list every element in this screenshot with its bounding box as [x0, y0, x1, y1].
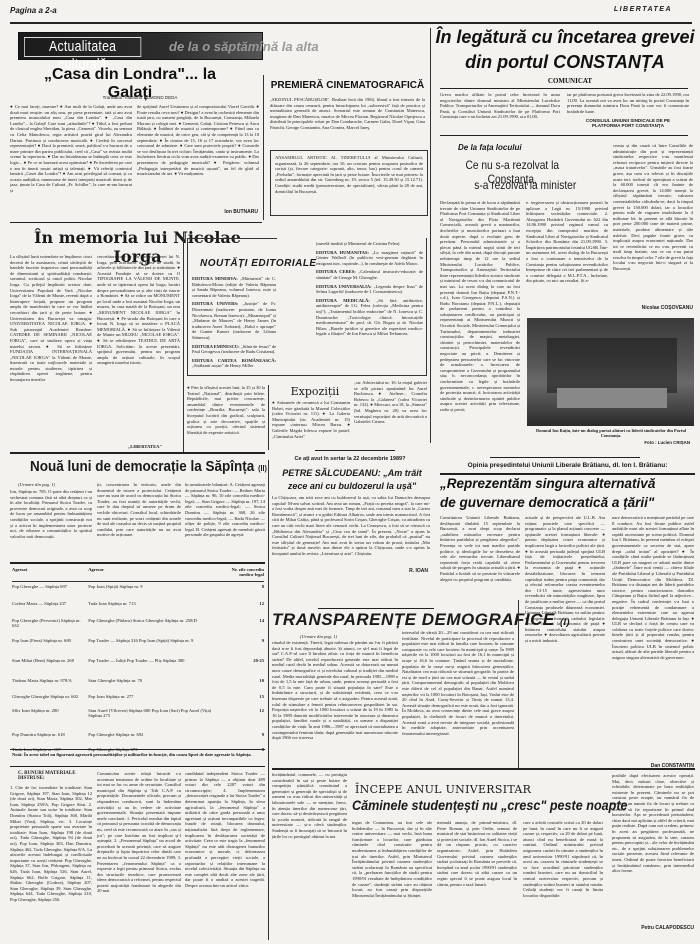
section-rule [315, 450, 395, 451]
book-entry: „Străbunii noștri" de Henry Miller [192, 363, 253, 368]
publisher-universalia: EDITURA UNIVERSALIA: [316, 284, 372, 289]
report-col2: e. tergiversarea și obstrucționarea pune… [526, 200, 608, 300]
aggressor-cell: Pop Toader — Săpînța 316 Pop Ioan (Spiță… [88, 638, 225, 654]
casa-londra-subtitle: Translator: maestrul EDMOND DEDA [80, 95, 200, 100]
table-rule-bottom [10, 749, 265, 750]
comunicat-label: COMUNICAT [520, 77, 620, 85]
teatru-note: ● Prin la sfîrșitul acestei luni, la 25 … [187, 385, 265, 450]
constanta-headline-line2: din portul CONSTANȚA [435, 52, 695, 73]
casa-londra-byline: Ion BUTNARU [200, 209, 258, 215]
bratianu-kicker: Opinia președintelui Uniunii Liberale Br… [440, 462, 695, 469]
expozitii-col1: ● Saloanele de ceramică a lui Constantin… [272, 400, 350, 444]
table-row: Stan Mihai (Beni) Săpînța nr. 260Pop Toa… [12, 656, 264, 676]
noutati-list-col2: (nuvelă inedită și Ministerul de Cristin… [316, 241, 423, 373]
comunicat-col2: iar pe platforma portuară greva înceteaz… [567, 92, 689, 117]
sapinta-col2: ții, concentrarea în teritoriu, unele di… [97, 482, 181, 559]
transparente-continuation: (Urmare din pag. 1) [300, 634, 337, 639]
report-title-line2: s-a rezolvat la minister [470, 178, 581, 192]
header-aggressor: Agresor [88, 567, 225, 578]
comunicat-rule [440, 88, 688, 89]
sapinta-bottom-col3: candidatul independent Stoica Toader — p… [185, 771, 265, 926]
aggression-table: Agresat Agresor Nr. zile concediu medico… [12, 565, 264, 759]
publisher-eminescu: EDITURA EMINESCU: [192, 344, 240, 349]
report-byline: Nicolae COȘOVEANU [613, 305, 693, 311]
comunicat-signature: CONSILIUL UNIUNII SINDICALE DE PE PLATFO… [567, 118, 689, 128]
victim-cell: Tărâmu Maria Săpînța nr. 978/A [12, 678, 88, 690]
transparente-part: (I) [560, 617, 570, 627]
section-rule [440, 473, 695, 475]
sapinta-part: (II) [258, 464, 267, 473]
book-entry: „Justiție" de Fr. Dürrenmatt (traducere:… [192, 301, 276, 340]
aggressor-cell: Pop Gheorghe Săpînța nr. 692 [88, 732, 225, 743]
report-col1: Declanșată în prima zi de lucru a săptăm… [440, 200, 520, 440]
table-row: Pop Gheorghe — Săpînța 697Pop Ioan (Spiț… [12, 582, 264, 599]
sapinta-title-text: Nouă luni de democrație la Săpînța [30, 458, 254, 475]
victim-cell: Gheorghe Gheorghe Săpînța nr. 602 [12, 694, 88, 704]
section-rule [10, 766, 265, 767]
transparente-title-text: TRANSPARENȚE DEMOGRAFICE [272, 610, 555, 629]
photo-caption: Domnul Ion Rațiu, într-un dialog purtat … [530, 428, 692, 438]
noutati-list-col1: EDITURA MINERVA: „Mărturisiri" de C. Răd… [192, 276, 276, 372]
header-victim: Agresat [12, 567, 88, 578]
salcudeanu-title-line1: PETRE SĂLCUDEANU: „Am trăit [272, 468, 432, 478]
table-row: Pop Ioan (Fiera) Săpînța nr. 680Pop Toad… [12, 636, 264, 656]
table-row: Gheorghe Gheorghe Săpînța nr. 602Pop Ioa… [12, 692, 264, 706]
publisher-humanitas: EDITURA HUMANITAS: [316, 250, 369, 255]
victim-cell: Pop Dumitru Săpînța nr. 618 [12, 732, 88, 743]
victim-cell: Pop Ioan (Fiera) Săpînța nr. 680 [12, 638, 88, 654]
sapinta-bottom-col2: Comunicăm aceste relații întrucât s-a ac… [97, 771, 181, 936]
premiera-title: PREMIERĂ CINEMATOGRAFICĂ [270, 80, 425, 91]
bratianu-title-line1: „Reprezentăm singura alternativă [438, 476, 696, 491]
column-divider [183, 232, 184, 452]
publisher-univers: EDITURA UNIVERS: [192, 301, 238, 306]
salcudeanu-byline: R. IOAN [370, 568, 428, 574]
publisher-cartea-romaneasca: EDITURA CARTEA ROMÂNEASCĂ: [192, 358, 276, 363]
table-row: Pop Gheorghe (Pervenici) Săpînța nr. 632… [12, 616, 264, 636]
bratianu-col3: nare democratică a menținute partidul pe… [612, 515, 694, 760]
victim-cell: Pop Gheorghe — Săpînța 697 [12, 584, 88, 597]
camine-col2: mentală anunța, de primul-ministru, dl. … [437, 820, 517, 938]
section-rule [318, 608, 434, 609]
comunicat-sign-line2: PLATFORMA PORT CONSTANȚA [567, 123, 689, 128]
camine-col1: ingus de Comunism, au fost cele ale boli… [352, 820, 432, 938]
page-number-label: Pagina a 2-a [10, 6, 57, 15]
column-divider [263, 75, 264, 220]
days-cell: 9 [225, 732, 264, 743]
strike-meeting-photo [527, 318, 694, 426]
ansamblu-text: ANSAMBLUL ARTISTIC AL TINERETULUI al Min… [275, 155, 423, 213]
constanta-headline-line1: În legătură cu încetarea grevei [435, 27, 695, 48]
culture-banner-title: Actualitatea culturală [24, 37, 141, 57]
table-row: Sfîrr Ioan Săpînța nr. 280Stan Aurel (Vî… [12, 706, 264, 730]
salcudeanu-kicker: Ce ați avut în sertar la 22 decembrie 19… [270, 456, 430, 462]
aggressor-cell: Pop Toader — Iuliță Pop Toader — Pliș Să… [88, 658, 225, 674]
report-kicker: De la fața locului [458, 143, 522, 152]
days-cell: 12 [225, 708, 264, 728]
newspaper-name: LIBERTATEA [614, 6, 672, 13]
days-cell: 9 [225, 638, 264, 654]
camine-kicker: ÎNCEPE ANUL UNIVERSITAR [355, 783, 531, 796]
victim-cell: Pop Gheorghe (Pervenici) Săpînța nr. 632 [12, 618, 88, 634]
days-cell: 8 [225, 584, 264, 597]
table-row: Pop Dumitru Săpînța nr. 618Pop Gheorghe … [12, 730, 264, 745]
camine-col3: care a achită costurile scrisă cu 20 de … [523, 820, 603, 938]
culture-banner-subtitle: de la o săptămînă la alta [169, 39, 319, 54]
expozitii-title: Expoziții [280, 385, 350, 398]
salcudeanu-title-line2: zece ani cu buldozerul la ușă" [272, 481, 432, 491]
header-days: Nr. zile concediu medico-legal [225, 567, 264, 578]
photo-credit: Foto : Lucien CRIȘAN [600, 440, 690, 445]
comunicat-col1: Greva marilor afiliate la portul celor î… [440, 92, 560, 132]
salcudeanu-text: La Cîrțișoara, am trăit zece ani cu buld… [272, 495, 430, 565]
column-divider [268, 460, 269, 940]
days-cell: 10 [225, 678, 264, 690]
section-rule [10, 222, 262, 223]
book-entry: „Să fără antibiotice, antibioterapie" de… [316, 298, 423, 337]
publisher-medicala: EDITURA MEDICALĂ: [316, 298, 370, 303]
column-divider [430, 28, 431, 443]
publisher-minerva: EDITURA MINERVA: [192, 276, 238, 281]
aggressor-cell: Tuda Ioan Săpînța nr. 713 [88, 601, 225, 614]
transparente-col2: intervalul de vârstă 20—29 ani considera… [402, 630, 514, 763]
iorga-col2: cercetători care se vor dedica operei lu… [97, 254, 180, 442]
culture-banner: Actualitatea culturală de la o săptămînă… [18, 32, 263, 60]
masthead-rule [10, 22, 692, 24]
bratianu-title-line2: de guvernare democratică a țării" [438, 495, 696, 510]
aggressor-cell: Pop Ioan (Spiță) Săpînța nr. 9 [88, 584, 225, 597]
aggressor-cell: Stan Aurel (Vîlcerea) Săpînța 680 Pop Io… [88, 708, 225, 728]
section-rule [490, 457, 640, 458]
sapinta-col3: în următoarele bilanțuri: A. Cetățeni ag… [185, 482, 265, 559]
expozitii-col2: „str. Arhitectului nr. 16: la etajul gal… [354, 380, 427, 444]
camine-title: Căminele studențești nu „cresc" peste no… [352, 797, 613, 813]
casa-londra-col2: de sprijinul Aurel Ursineanu și al compo… [137, 104, 259, 207]
table-header-row: Agresat Agresor Nr. zile concediu medico… [12, 565, 264, 582]
section-rule [272, 768, 695, 770]
aggressor-cell: Stan Gheorghe Săpînța nr. 70 [88, 678, 225, 690]
victim-cell: Codrea Maria — Săpînța 237 [12, 601, 88, 614]
sapinta-continuation: (Urmare din pag. 1) [18, 482, 55, 487]
bratianu-col2: actuale și de perspectivă ale U.L.B. Am … [525, 515, 605, 765]
victim-cell: Stan Mihai (Beni) Săpînța nr. 260 [12, 658, 88, 674]
report-col3: ceasta și din cauză că între Consiliile … [613, 143, 693, 303]
sapinta-bottom-col1: 1. Cîte de foc incendiate în totalitate:… [10, 785, 92, 935]
comunicat-rule-bottom [440, 135, 688, 136]
ansamblu-box: ANSAMBLUL ARTISTIC AL TINERETULUI al Min… [270, 150, 428, 216]
victim-cell: Sfîrr Ioan Săpînța nr. 280 [12, 708, 88, 728]
table-rule-top [10, 562, 265, 564]
days-cell: 20-25 [225, 658, 264, 674]
iorga-signature: „LIBERTATEA" [120, 444, 170, 449]
transparente-continued-col: învățământul, comunele, — cu prestigiu c… [272, 772, 347, 937]
camine-byline: Petru CALAPODESCU [612, 925, 694, 931]
premiera-text: „SEZONUL PESCĂRUȘILOR". Realizat încă di… [270, 97, 425, 141]
table-note: Notă: În acest tabel nu figurează agreso… [12, 752, 264, 764]
transparente-col1: ritualul de existență. Tinerii, legat mi… [272, 640, 398, 763]
transparente-title: TRANSPARENȚE DEMOGRAFICE (I) [272, 610, 512, 630]
iorga-col1: La sfîrșitul lunii noiembrie se împlines… [10, 254, 92, 452]
days-cell: 12 [225, 601, 264, 614]
book-entry: (nuvelă inedită și Ministerul de Cristin… [316, 241, 400, 246]
days-cell: 14 [225, 618, 264, 634]
days-cell: 15 [225, 694, 264, 704]
section-rule [10, 452, 265, 454]
aggressor-cell: Pop Gheorghe (Pătlaru) Stoica Gheorghe S… [88, 618, 225, 634]
table-row: Tărâmu Maria Săpînța nr. 978/AStan Gheor… [12, 676, 264, 692]
bunuri-title: C. BUNURI MATERIALE DISTRUSE: [18, 771, 92, 781]
column-divider [268, 385, 269, 450]
publisher-ceres: EDITURA CERES: [316, 269, 356, 274]
aggressor-cell: Pop Ioan Săpînța nr. 277 [88, 694, 225, 704]
sapinta-col1: Ion, Săpînța nr. 785. O parte din cetățe… [10, 489, 92, 559]
column-divider [518, 600, 519, 768]
sapinta-title: Nouă luni de democrație la Săpînța (II) [30, 458, 246, 475]
table-row: Codrea Maria — Săpînța 237Tuda Ioan Săpî… [12, 599, 264, 616]
casa-londra-col1: ● Ce mai faceți, maestre? ● Am mult de l… [10, 104, 132, 216]
camine-col4: posibile după efectuarea acestor operați… [612, 773, 694, 921]
